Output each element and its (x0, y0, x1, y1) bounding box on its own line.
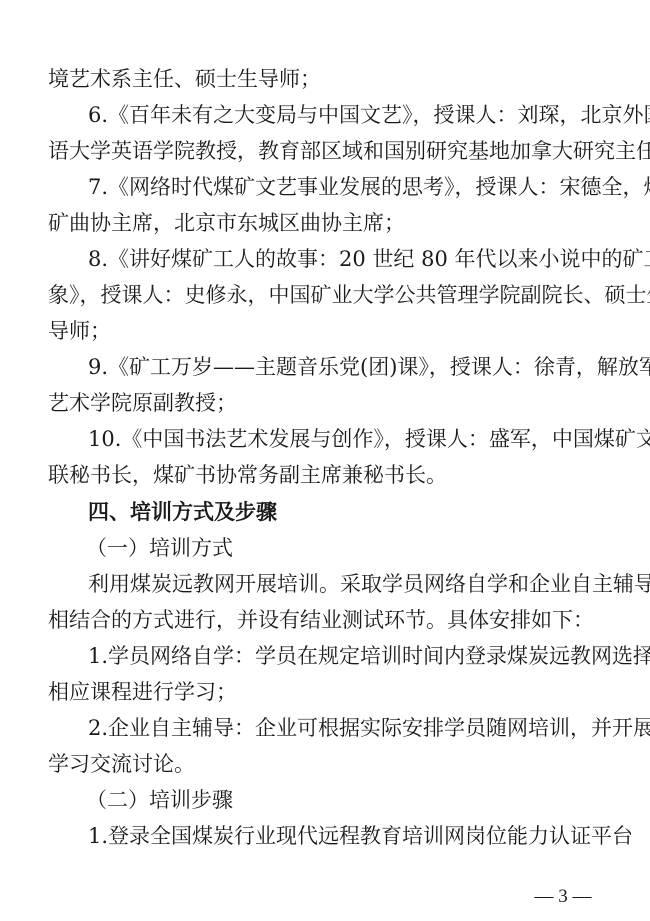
document-page: 境艺术系主任、硕士生导师； 6.《百年未有之大变局与中国文艺》，授课人：刘琛，北… (0, 0, 650, 921)
step-item-1: 1.登录全国煤炭行业现代远程教育培训网岗位能力认证平台 (88, 818, 609, 854)
list-item-self-study-cont: 相应课程进行学习； (48, 674, 609, 710)
list-item-enterprise-tutoring: 2.企业自主辅导：企业可根据实际安排学员随网培训，并开展 (88, 710, 609, 746)
list-item-self-study: 1.学员网络自学：学员在规定培训时间内登录煤炭远教网选择 (88, 638, 609, 674)
list-item-enterprise-tutoring-cont: 学习交流讨论。 (48, 746, 609, 782)
course-item-10-cont: 联秘书长，煤矿书协常务副主席兼秘书长。 (48, 457, 609, 493)
course-item-8-cont: 象》，授课人：史修永，中国矿业大学公共管理学院副院长、硕士生 (48, 277, 609, 313)
course-item-7-cont: 矿曲协主席，北京市东城区曲协主席； (48, 205, 609, 241)
course-item-9: 9.《矿工万岁——主题音乐党(团)课》，授课人：徐青，解放军 (88, 349, 609, 385)
paragraph-training-mode: 利用煤炭远教网开展培训。采取学员网络自学和企业自主辅导 (88, 566, 609, 602)
course-item-6-cont: 语大学英语学院教授，教育部区域和国别研究基地加拿大研究主任； (48, 133, 609, 169)
course-item-10: 10.《中国书法艺术发展与创作》，授课人：盛军，中国煤矿文 (88, 421, 609, 457)
page-number: — 3 — (528, 884, 598, 910)
body-text-line: 境艺术系主任、硕士生导师； (48, 61, 609, 97)
course-item-9-cont: 艺术学院原副教授； (48, 385, 609, 421)
paragraph-training-mode-cont: 相结合的方式进行，并设有结业测试环节。具体安排如下： (48, 602, 609, 638)
subheading-training-steps: （二）培训步骤 (86, 782, 647, 818)
course-item-8: 8.《讲好煤矿工人的故事：20 世纪 80 年代以来小说中的矿工形 (88, 241, 609, 277)
course-item-7: 7.《网络时代煤矿文艺事业发展的思考》，授课人：宋德全，煤 (88, 169, 609, 205)
subheading-training-mode: （一）培训方式 (86, 530, 647, 566)
course-item-8-cont2: 导师； (48, 313, 609, 349)
section-heading-training-methods: 四、培训方式及步骤 (88, 494, 609, 530)
course-item-6: 6.《百年未有之大变局与中国文艺》，授课人：刘琛，北京外国 (88, 97, 609, 133)
